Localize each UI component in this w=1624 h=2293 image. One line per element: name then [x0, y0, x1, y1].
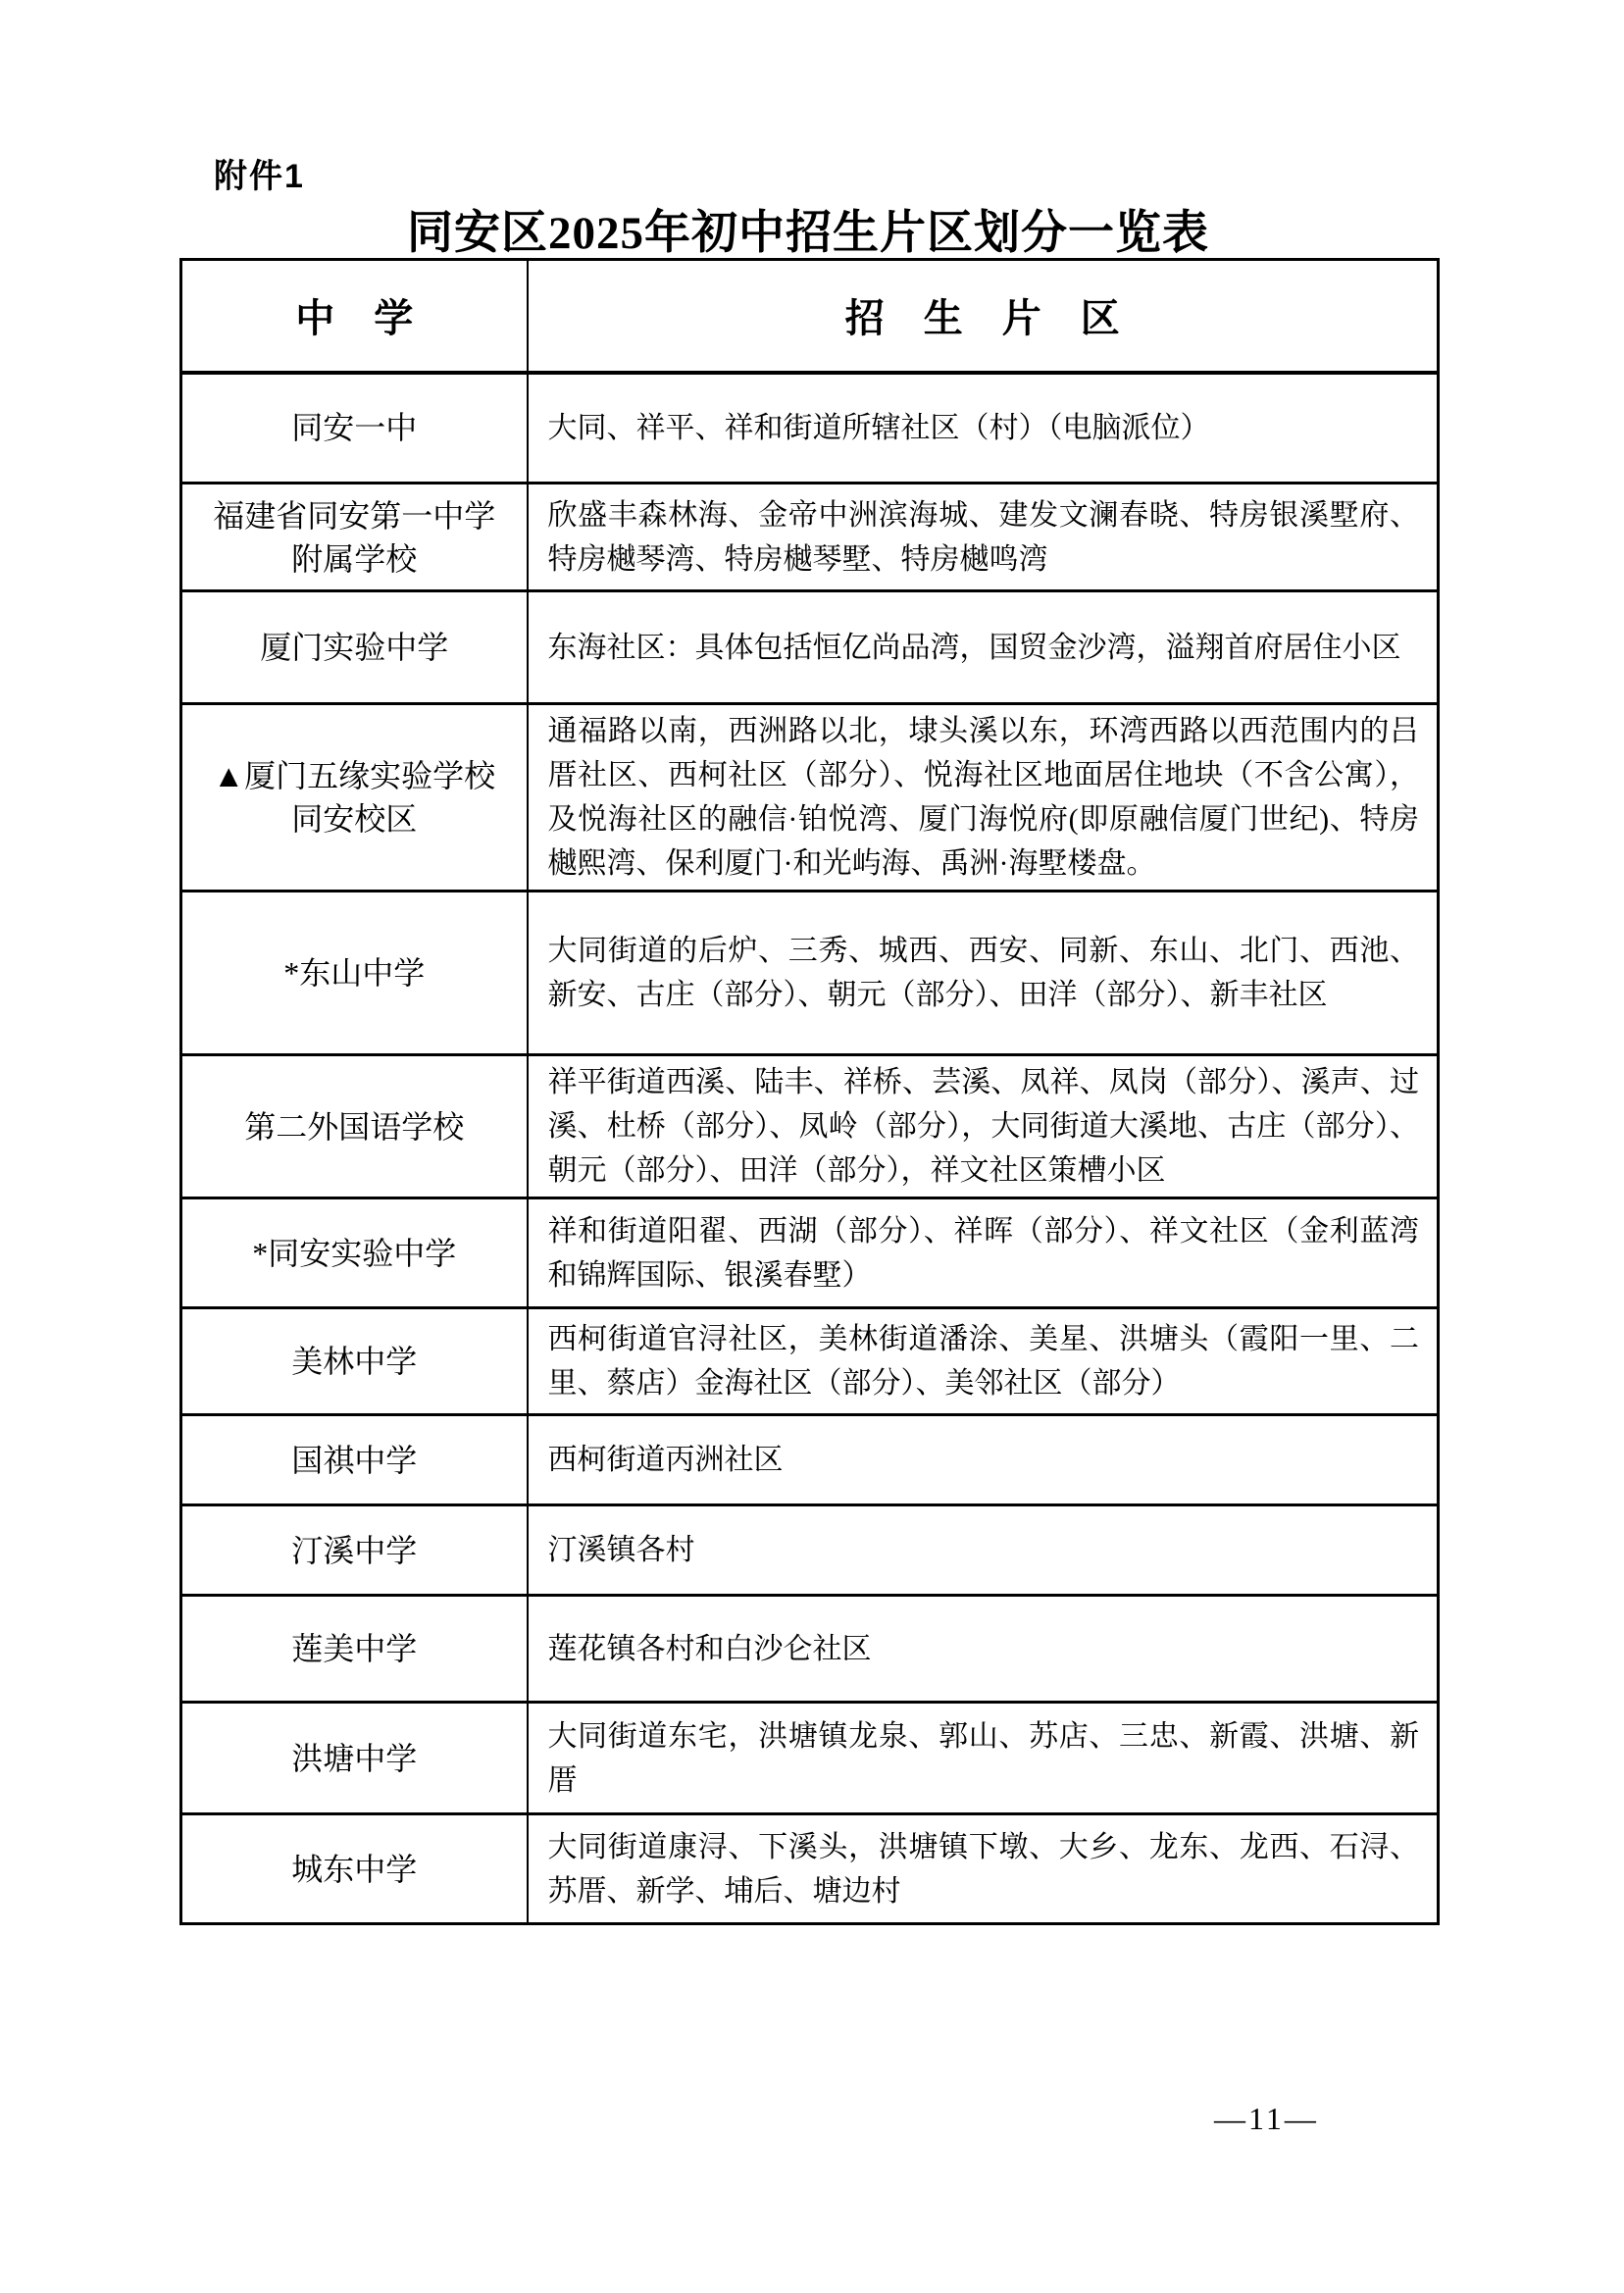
district-cell: 欣盛丰森林海、金帝中洲滨海城、建发文澜春晓、特房银溪墅府、特房樾琴湾、特房樾琴墅…	[528, 484, 1439, 591]
page-number: —11—	[1214, 2101, 1319, 2137]
district-cell: 祥和街道阳翟、西湖（部分）、祥晖（部分）、祥文社区（金利蓝湾和锦辉国际、银溪春墅…	[528, 1198, 1439, 1308]
table-row: 厦门实验中学 东海社区：具体包括恒亿尚品湾，国贸金沙湾，溢翔首府居住小区	[181, 591, 1439, 704]
table-row: 城东中学 大同街道康浔、下溪头，洪塘镇下墩、大乡、龙东、龙西、石浔、苏厝、新学、…	[181, 1814, 1439, 1924]
table-header-row: 中 学 招 生 片 区	[181, 260, 1439, 373]
school-cell: *东山中学	[181, 892, 528, 1055]
table-row: 福建省同安第一中学 附属学校 欣盛丰森林海、金帝中洲滨海城、建发文澜春晓、特房银…	[181, 484, 1439, 591]
scanned-document-page: 附件1 同安区2025年初中招生片区划分一览表 中 学 招 生 片 区 同安一中…	[0, 0, 1624, 2293]
school-cell: 汀溪中学	[181, 1505, 528, 1596]
school-cell: 厦门实验中学	[181, 591, 528, 704]
district-cell: 通福路以南，西洲路以北，埭头溪以东，环湾西路以西范围内的吕厝社区、西柯社区（部分…	[528, 704, 1439, 892]
school-cell: *同安实验中学	[181, 1198, 528, 1308]
header-school-column: 中 学	[181, 260, 528, 373]
district-cell: 西柯街道丙洲社区	[528, 1415, 1439, 1505]
district-cell: 西柯街道官浔社区，美林街道潘涂、美星、洪塘头（霞阳一里、二里、蔡店）金海社区（部…	[528, 1308, 1439, 1415]
table-row: 汀溪中学 汀溪镇各村	[181, 1505, 1439, 1596]
district-cell: 汀溪镇各村	[528, 1505, 1439, 1596]
school-cell: 洪塘中学	[181, 1703, 528, 1814]
district-cell: 大同街道的后炉、三秀、城西、西安、同新、东山、北门、西池、新安、古庄（部分）、朝…	[528, 892, 1439, 1055]
district-cell: 大同、祥平、祥和街道所辖社区（村）（电脑派位）	[528, 373, 1439, 484]
district-cell: 大同街道康浔、下溪头，洪塘镇下墩、大乡、龙东、龙西、石浔、苏厝、新学、埔后、塘边…	[528, 1814, 1439, 1924]
table-row: 美林中学 西柯街道官浔社区，美林街道潘涂、美星、洪塘头（霞阳一里、二里、蔡店）金…	[181, 1308, 1439, 1415]
district-cell: 莲花镇各村和白沙仑社区	[528, 1596, 1439, 1703]
page-title: 同安区2025年初中招生片区划分一览表	[179, 196, 1437, 262]
school-cell: 第二外国语学校	[181, 1055, 528, 1198]
attachment-label: 附件1	[214, 149, 305, 197]
table-row: ▲厦门五缘实验学校 同安校区 通福路以南，西洲路以北，埭头溪以东，环湾西路以西范…	[181, 704, 1439, 892]
table-row: 莲美中学 莲花镇各村和白沙仑社区	[181, 1596, 1439, 1703]
district-cell: 东海社区：具体包括恒亿尚品湾，国贸金沙湾，溢翔首府居住小区	[528, 591, 1439, 704]
district-cell: 大同街道东宅，洪塘镇龙泉、郭山、苏店、三忠、新霞、洪塘、新厝	[528, 1703, 1439, 1814]
school-cell: 国祺中学	[181, 1415, 528, 1505]
header-district-column: 招 生 片 区	[528, 260, 1439, 373]
table-row: *同安实验中学 祥和街道阳翟、西湖（部分）、祥晖（部分）、祥文社区（金利蓝湾和锦…	[181, 1198, 1439, 1308]
school-cell: 城东中学	[181, 1814, 528, 1924]
school-cell: 美林中学	[181, 1308, 528, 1415]
school-cell: 同安一中	[181, 373, 528, 484]
school-cell: 福建省同安第一中学 附属学校	[181, 484, 528, 591]
school-cell: 莲美中学	[181, 1596, 528, 1703]
district-cell: 祥平街道西溪、陆丰、祥桥、芸溪、凤祥、凤岗（部分）、溪声、过溪、杜桥（部分）、凤…	[528, 1055, 1439, 1198]
table-row: *东山中学 大同街道的后炉、三秀、城西、西安、同新、东山、北门、西池、新安、古庄…	[181, 892, 1439, 1055]
table-row: 国祺中学 西柯街道丙洲社区	[181, 1415, 1439, 1505]
enrollment-zone-table: 中 学 招 生 片 区 同安一中 大同、祥平、祥和街道所辖社区（村）（电脑派位）…	[179, 258, 1440, 1925]
table-row: 第二外国语学校 祥平街道西溪、陆丰、祥桥、芸溪、凤祥、凤岗（部分）、溪声、过溪、…	[181, 1055, 1439, 1198]
table-row: 同安一中 大同、祥平、祥和街道所辖社区（村）（电脑派位）	[181, 373, 1439, 484]
table-row: 洪塘中学 大同街道东宅，洪塘镇龙泉、郭山、苏店、三忠、新霞、洪塘、新厝	[181, 1703, 1439, 1814]
school-cell: ▲厦门五缘实验学校 同安校区	[181, 704, 528, 892]
